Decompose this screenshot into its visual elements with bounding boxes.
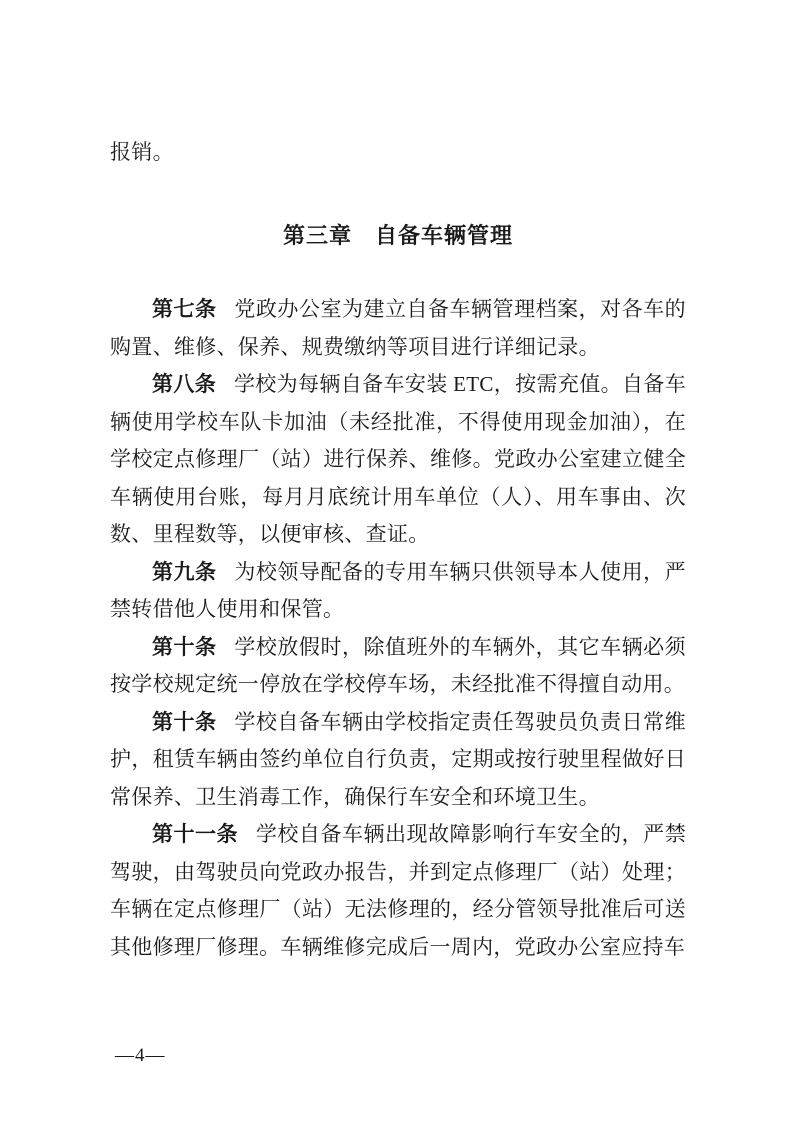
article-paragraph: 第十一条学校自备车辆出现故障影响行车安全的，严禁驾驶，由驾驶员向党政办报告，并到…	[110, 816, 686, 966]
article-paragraph: 第九条为校领导配备的专用车辆只供领导本人使用，严禁转借他人使用和保管。	[110, 554, 686, 629]
article-paragraph: 第八条学校为每辆自备车安装 ETC，按需充值。自备车辆使用学校车队卡加油（未经批…	[110, 366, 686, 554]
document-page: 报销。 第三章 自备车辆管理 第七条党政办公室为建立自备车辆管理档案，对各车的购…	[0, 0, 794, 1122]
article-number: 第九条	[152, 560, 217, 584]
article-paragraph: 第十条学校自备车辆由学校指定责任驾驶员负责日常维护，租赁车辆由签约单位自行负责，…	[110, 704, 686, 817]
article-number: 第十条	[152, 635, 217, 659]
paragraph-continuation: 报销。	[110, 134, 686, 172]
article-number: 第十条	[152, 710, 217, 734]
article-number: 第七条	[152, 297, 217, 321]
article-number: 第八条	[152, 372, 216, 396]
article-paragraph: 第七条党政办公室为建立自备车辆管理档案，对各车的购置、维修、保养、规费缴纳等项目…	[110, 291, 686, 366]
page-number: —4—	[115, 1042, 166, 1070]
document-content: 报销。 第三章 自备车辆管理 第七条党政办公室为建立自备车辆管理档案，对各车的购…	[110, 134, 686, 966]
article-text: 学校为每辆自备车安装 ETC，按需充值。自备车辆使用学校车队卡加油（未经批准，不…	[110, 372, 686, 546]
article-paragraph: 第十条学校放假时，除值班外的车辆外，其它车辆必须按学校规定统一停放在学校停车场，…	[110, 629, 686, 704]
article-number: 第十一条	[152, 822, 238, 846]
chapter-heading: 第三章 自备车辆管理	[110, 218, 686, 256]
